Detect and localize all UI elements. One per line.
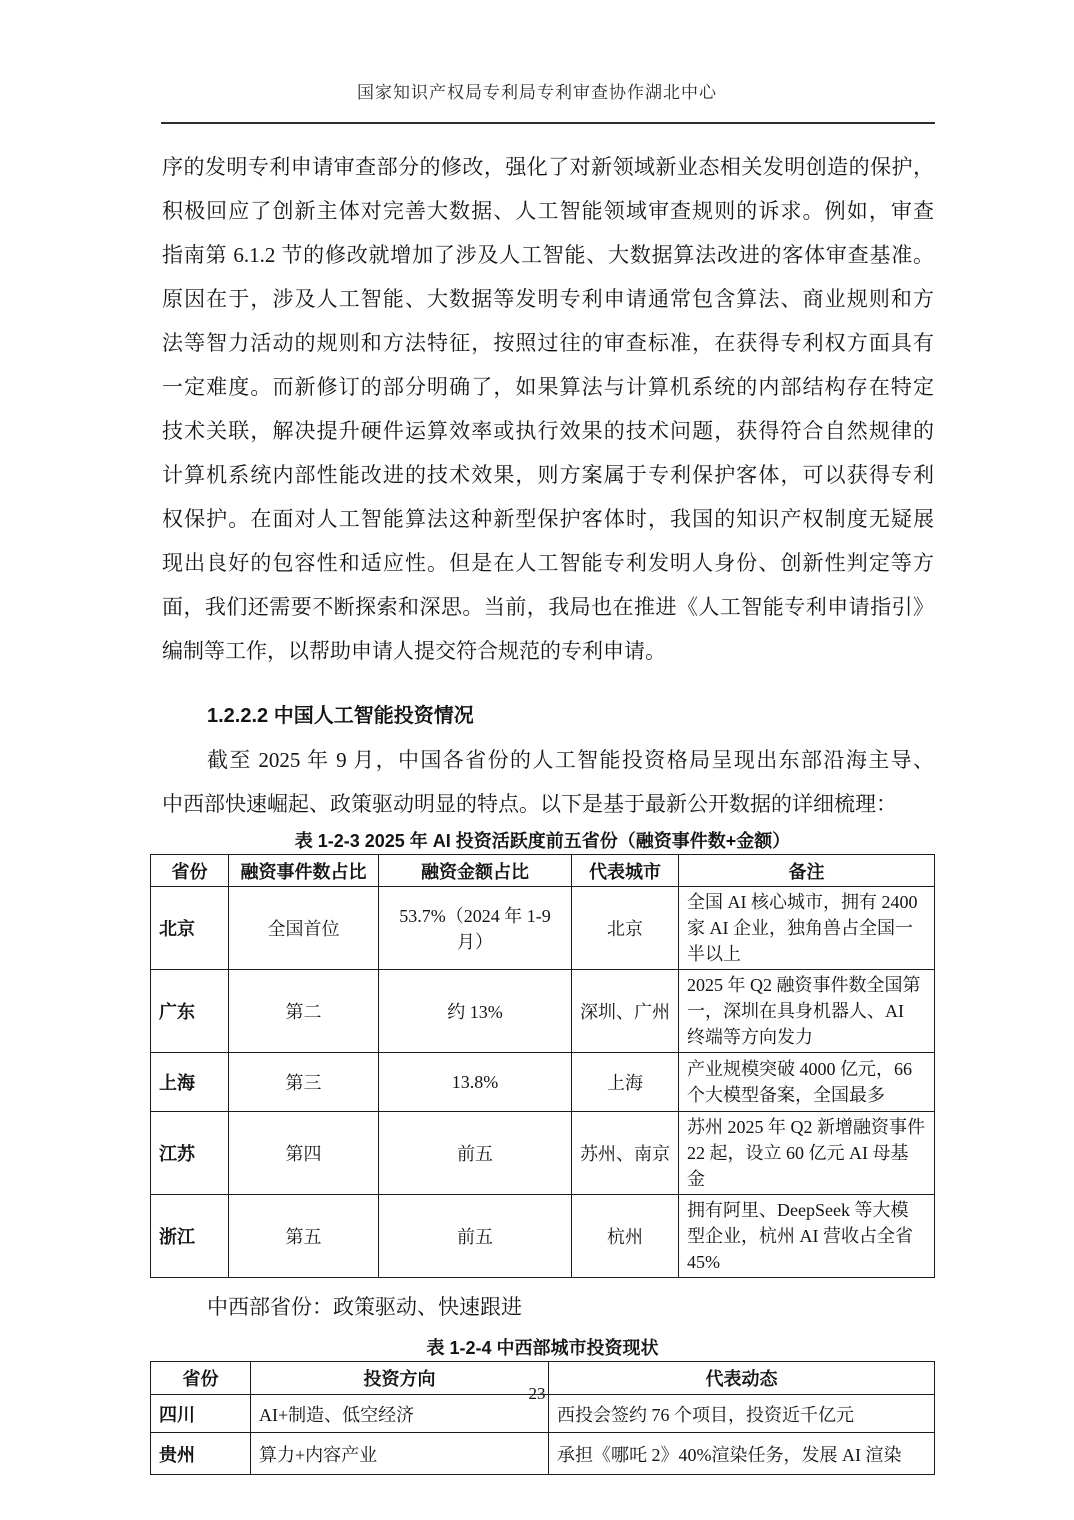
cell-province: 广东 xyxy=(151,970,229,1053)
table-midwest-investment: 省份 投资方向 代表动态 四川 AI+制造、低空经济 西投会签约 76 个项目，… xyxy=(150,1361,935,1475)
paragraph-line: 现出良好的包容性和适应性。但是在人工智能专利发明人身份、创新性判定等方 xyxy=(162,541,934,585)
cell-note: 拥有阿里、DeepSeek 等大模型企业，杭州 AI 营收占全省 45% xyxy=(679,1195,935,1278)
cell-event-share: 第二 xyxy=(229,970,379,1053)
cell-cities: 苏州、南京 xyxy=(572,1112,679,1195)
table-row: 江苏 第四 前五 苏州、南京 苏州 2025 年 Q2 新增融资事件 22 起，… xyxy=(151,1112,935,1195)
col-header-amount-share: 融资金额占比 xyxy=(379,855,572,887)
paragraph-line: 原因在于，涉及人工智能、大数据等发明专利申请通常包含算法、商业规则和方 xyxy=(162,277,934,321)
cell-province: 浙江 xyxy=(151,1195,229,1278)
cell-province: 北京 xyxy=(151,887,229,970)
intro-line: 中西部快速崛起、政策驱动明显的特点。以下是基于最新公开数据的详细梳理： xyxy=(162,782,934,826)
col-header-event-share: 融资事件数占比 xyxy=(229,855,379,887)
cell-event-share: 第五 xyxy=(229,1195,379,1278)
cell-cities: 深圳、广州 xyxy=(572,970,679,1053)
cell-amount-share: 53.7%（2024 年 1-9 月） xyxy=(379,887,572,970)
cell-event-share: 第三 xyxy=(229,1053,379,1112)
paragraph-line: 技术关联，解决提升硬件运算效率或执行效果的技术问题，获得符合自然规律的 xyxy=(162,409,934,453)
cell-amount-share: 13.8% xyxy=(379,1053,572,1112)
table-row: 广东 第二 约 13% 深圳、广州 2025 年 Q2 融资事件数全国第一，深圳… xyxy=(151,970,935,1053)
section-heading: 1.2.2.2 中国人工智能投资情况 xyxy=(207,699,934,728)
cell-province: 上海 xyxy=(151,1053,229,1112)
cell-amount-share: 前五 xyxy=(379,1195,572,1278)
body-paragraph: 序的发明专利申请审查部分的修改，强化了对新领域新业态相关发明创造的保护， 积极回… xyxy=(162,145,934,673)
paragraph-line: 一定难度。而新修订的部分明确了，如果算法与计算机系统的内部结构存在特定 xyxy=(162,365,934,409)
paragraph-line: 积极回应了创新主体对完善大数据、人工智能领域审查规则的诉求。例如，审查 xyxy=(162,189,934,233)
table-header-row: 省份 融资事件数占比 融资金额占比 代表城市 备注 xyxy=(151,855,935,887)
cell-news: 承担《哪吒 2》40%渲染任务，发展 AI 渲染 xyxy=(549,1433,935,1475)
cell-event-share: 全国首位 xyxy=(229,887,379,970)
cell-note: 全国 AI 核心城市，拥有 2400 家 AI 企业，独角兽占全国一半以上 xyxy=(679,887,935,970)
page-header-title: 国家知识产权局专利局专利审查协作湖北中心 xyxy=(0,0,1074,103)
table2-caption: 表 1-2-4 中西部城市投资现状 xyxy=(150,1335,935,1361)
cell-note: 产业规模突破 4000 亿元，66 个大模型备案，全国最多 xyxy=(679,1053,935,1112)
table1-caption: 表 1-2-3 2025 年 AI 投资活跃度前五省份（融资事件数+金额） xyxy=(150,828,935,854)
paragraph-line: 面，我们还需要不断探索和深思。当前，我局也在推进《人工智能专利申请指引》 xyxy=(162,585,934,629)
cell-cities: 上海 xyxy=(572,1053,679,1112)
cell-direction: 算力+内容产业 xyxy=(251,1433,549,1475)
cell-note: 2025 年 Q2 融资事件数全国第一，深圳在具身机器人、AI 终端等方向发力 xyxy=(679,970,935,1053)
col-header-note: 备注 xyxy=(679,855,935,887)
paragraph-line: 序的发明专利申请审查部分的修改，强化了对新领域新业态相关发明创造的保护， xyxy=(162,145,934,189)
paragraph-line: 法等智力活动的规则和方法特征，按照过往的审查标准，在获得专利权方面具有 xyxy=(162,321,934,365)
col-header-province: 省份 xyxy=(151,855,229,887)
cell-cities: 杭州 xyxy=(572,1195,679,1278)
cell-amount-share: 约 13% xyxy=(379,970,572,1053)
cell-cities: 北京 xyxy=(572,887,679,970)
cell-amount-share: 前五 xyxy=(379,1112,572,1195)
paragraph-line: 编制等工作，以帮助申请人提交符合规范的专利申请。 xyxy=(162,629,934,673)
document-page: 国家知识产权局专利局专利审查协作湖北中心 序的发明专利申请审查部分的修改，强化了… xyxy=(0,0,1074,1520)
table-row: 贵州 算力+内容产业 承担《哪吒 2》40%渲染任务，发展 AI 渲染 xyxy=(151,1433,935,1475)
table-row: 上海 第三 13.8% 上海 产业规模突破 4000 亿元，66 个大模型备案，… xyxy=(151,1053,935,1112)
page-number: 23 xyxy=(0,1384,1074,1404)
cell-event-share: 第四 xyxy=(229,1112,379,1195)
table-ai-investment-top5: 省份 融资事件数占比 融资金额占比 代表城市 备注 北京 全国首位 53.7%（… xyxy=(150,854,935,1278)
header-rule xyxy=(161,122,935,124)
intro-line: 截至 2025 年 9 月，中国各省份的人工智能投资格局呈现出东部沿海主导、 xyxy=(162,738,934,782)
table-row: 浙江 第五 前五 杭州 拥有阿里、DeepSeek 等大模型企业，杭州 AI 营… xyxy=(151,1195,935,1278)
cell-province: 江苏 xyxy=(151,1112,229,1195)
paragraph-line: 计算机系统内部性能改进的技术效果，则方案属于专利保护客体，可以获得专利 xyxy=(162,453,934,497)
paragraph-line: 权保护。在面对人工智能算法这种新型保护客体时，我国的知识产权制度无疑展 xyxy=(162,497,934,541)
cell-note: 苏州 2025 年 Q2 新增融资事件 22 起，设立 60 亿元 AI 母基金 xyxy=(679,1112,935,1195)
cell-province: 贵州 xyxy=(151,1433,251,1475)
section-intro: 截至 2025 年 9 月，中国各省份的人工智能投资格局呈现出东部沿海主导、 中… xyxy=(162,738,934,826)
midwest-provinces-label: 中西部省份：政策驱动、快速跟进 xyxy=(207,1292,934,1322)
paragraph-line: 指南第 6.1.2 节的修改就增加了涉及人工智能、大数据算法改进的客体审查基准。 xyxy=(162,233,934,277)
table-row: 北京 全国首位 53.7%（2024 年 1-9 月） 北京 全国 AI 核心城… xyxy=(151,887,935,970)
col-header-cities: 代表城市 xyxy=(572,855,679,887)
